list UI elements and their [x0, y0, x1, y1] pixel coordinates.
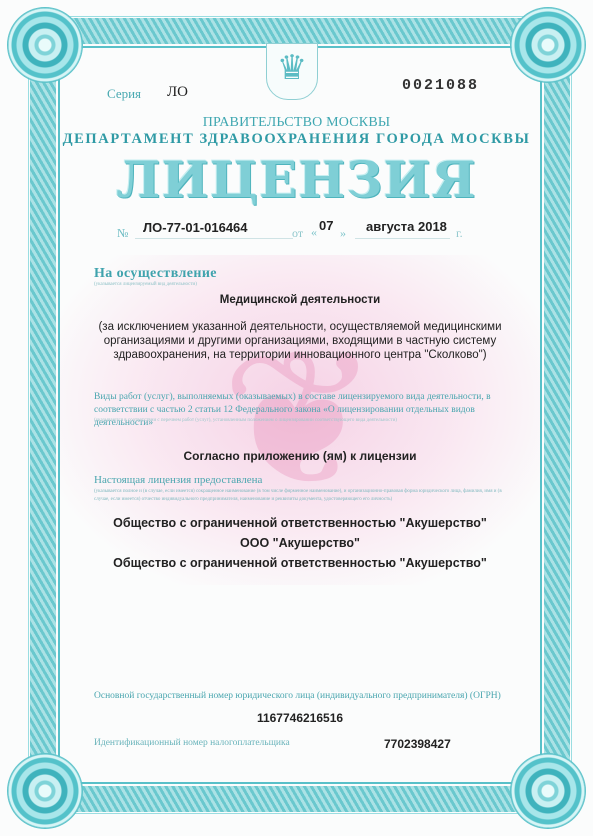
year-suffix: г.	[456, 226, 463, 241]
holder-short-name: ООО "Акушерство"	[60, 536, 540, 550]
activity-hint: (указывается лицензируемый вид деятельно…	[94, 282, 197, 287]
license-day: 07	[319, 218, 333, 233]
license-number-underline	[135, 238, 293, 239]
holder-brand-name: Общество с ограниченной ответственностью…	[60, 556, 540, 570]
holder-full-name: Общество с ограниченной ответственностью…	[60, 516, 540, 530]
corner-rosette-icon	[8, 754, 82, 828]
works-description: Виды работ (услуг), выполняемых (оказыва…	[94, 391, 514, 430]
license-number: ЛО-77-01-016464	[143, 220, 248, 235]
series-value: ЛО	[167, 84, 188, 101]
activity-exception: (за исключением указанной деятельности, …	[60, 320, 540, 362]
holder-intro-text: Настоящая лицензия предоставлена	[94, 474, 262, 486]
ogrn-value: 1167746216516	[60, 711, 540, 725]
inn-value: 7702398427	[384, 737, 451, 751]
license-number-label: №	[117, 226, 128, 241]
quote-open: «	[311, 225, 317, 240]
corner-rosette-icon	[511, 754, 585, 828]
issuer-government: ПРАВИТЕЛЬСТВО МОСКВЫ	[0, 115, 593, 131]
holder-hint: (указывается полное и (в случае, если им…	[94, 488, 514, 504]
series-label: Серия	[107, 86, 141, 102]
form-number: 0021088	[402, 77, 479, 94]
corner-rosette-icon	[511, 8, 585, 82]
license-document: ❦ Серия ЛО ♛ 0021088 ПРАВИТЕЛЬСТВО МОСКВ…	[0, 0, 593, 836]
date-underline	[355, 238, 450, 239]
inn-label: Идентификационный номер налогоплательщик…	[94, 738, 290, 748]
works-value: Согласно приложению (ям) к лицензии	[60, 449, 540, 463]
activity-name: Медицинской деятельности	[60, 294, 540, 306]
holder-intro: Настоящая лицензия предоставлена	[94, 474, 514, 486]
license-month-year: августа 2018	[366, 219, 447, 234]
works-hint: (указываются в соответствии с перечнем р…	[94, 418, 514, 423]
quote-close: »	[340, 226, 346, 241]
ogrn-label: Основной государственный номер юридическ…	[94, 691, 514, 701]
issuer-department: ДЕПАРТАМЕНТ ЗДРАВООХРАНЕНИЯ ГОРОДА МОСКВ…	[0, 131, 593, 148]
date-from-label: от	[292, 226, 303, 241]
coat-of-arms-icon: ♛	[266, 46, 318, 90]
document-title: ЛИЦЕНЗИЯ	[0, 150, 593, 209]
corner-rosette-icon	[8, 8, 82, 82]
activity-label: На осуществление	[94, 266, 217, 282]
